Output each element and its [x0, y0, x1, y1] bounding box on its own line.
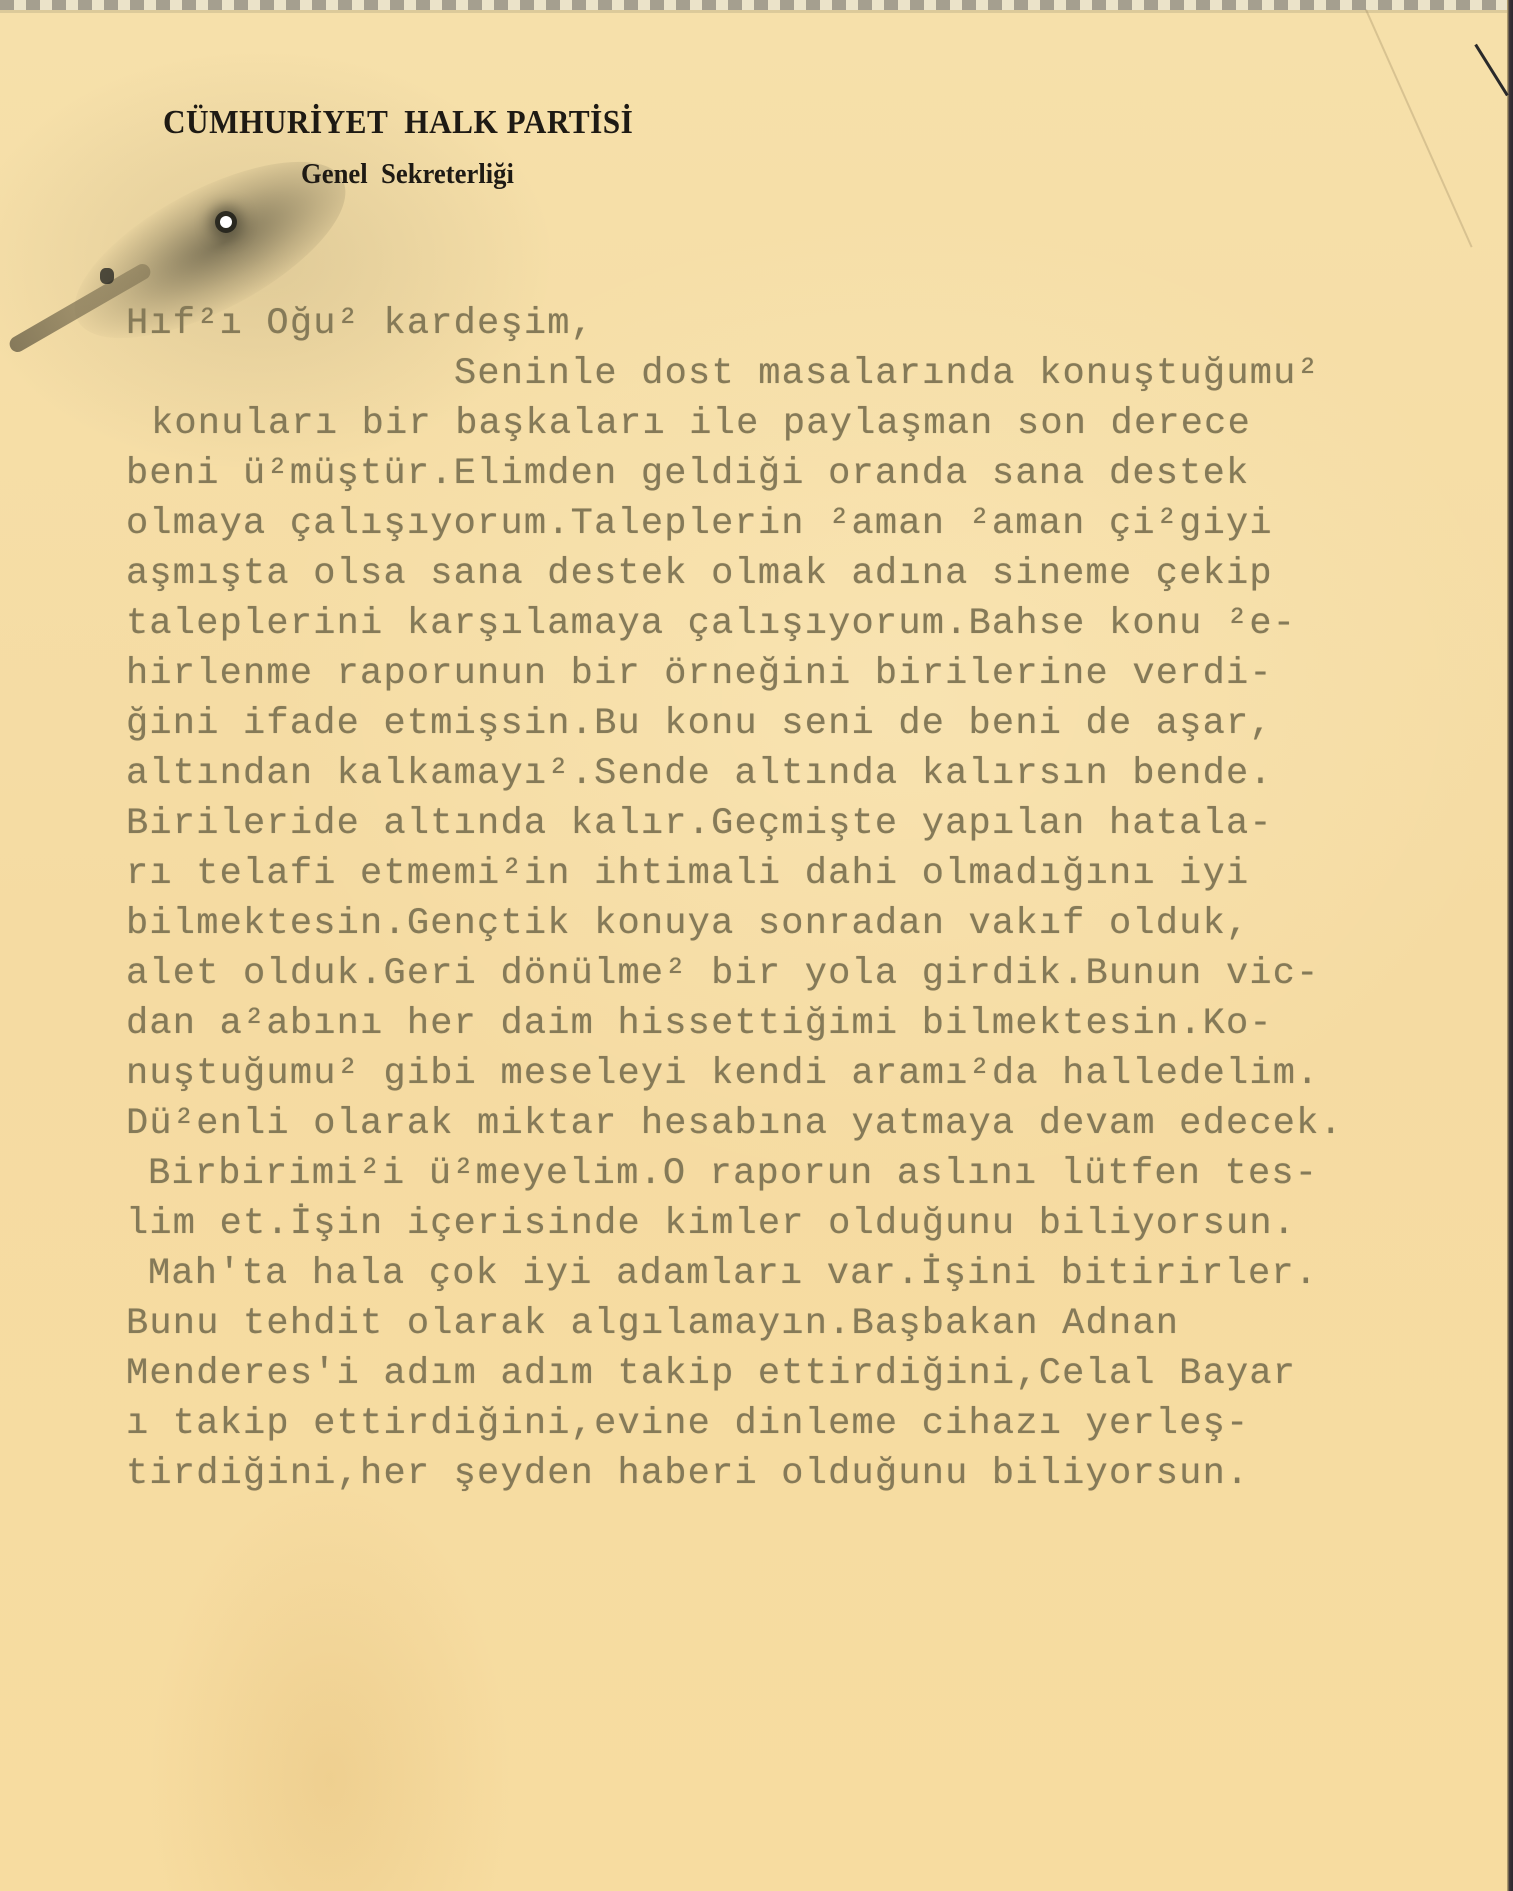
letter-line: lim et.İşin içerisinde kimler olduğunu b…: [126, 1202, 1296, 1246]
letter-line: Mah'ta hala çok iyi adamları var.İşini b…: [148, 1252, 1318, 1296]
letter-line: olmaya çalışıyorum.Taleplerin ²aman ²ama…: [126, 502, 1273, 546]
letter-line: rı telafi etmemi²in ihtimali dahi olmadı…: [126, 852, 1249, 896]
letter-line: Menderes'i adım adım takip ettirdiğini,C…: [126, 1352, 1296, 1396]
letter-line: konuları bir başkaları ile paylaşman son…: [151, 402, 1251, 446]
typed-letter-body: Hıf²ı Oğu² kardeşim, Seninle dost masala…: [0, 0, 1513, 1891]
letter-line: Seninle dost masalarında konuştuğumu²: [454, 352, 1320, 396]
letter-line: Dü²enli olarak miktar hesabına yatmaya d…: [126, 1102, 1343, 1146]
salutation: Hıf²ı Oğu² kardeşim,: [126, 302, 594, 346]
letter-line: ğini ifade etmişsin.Bu konu seni de beni…: [126, 702, 1273, 746]
letter-line: Birileride altında kalır.Geçmişte yapıla…: [126, 802, 1273, 846]
letter-page: CÜMHURİYET HALK PARTİSİ Genel Sekreterli…: [0, 0, 1513, 1891]
letter-line: dan a²abını her daim hissettiğimi bilmek…: [126, 1002, 1273, 1046]
letter-line: taleplerini karşılamaya çalışıyorum.Bahs…: [126, 602, 1296, 646]
letter-line: ı takip ettirdiğini,evine dinleme cihazı…: [126, 1402, 1249, 1446]
letter-line: tirdiğini,her şeyden haberi olduğunu bil…: [126, 1452, 1249, 1496]
letter-line: Bunu tehdit olarak algılamayın.Başbakan …: [126, 1302, 1179, 1346]
letter-line: beni ü²müştür.Elimden geldiği oranda san…: [126, 452, 1249, 496]
letter-line: hirlenme raporunun bir örneğini birileri…: [126, 652, 1273, 696]
letter-line: Birbirimi²i ü²meyelim.O raporun aslını l…: [148, 1152, 1318, 1196]
letter-line: nuştuğumu² gibi meseleyi kendi aramı²da …: [126, 1052, 1320, 1096]
letter-line: bilmektesin.Gençtik konuya sonradan vakı…: [126, 902, 1249, 946]
letter-line: aşmışta olsa sana destek olmak adına sin…: [126, 552, 1273, 596]
letter-line: altından kalkamayı².Sende altında kalırs…: [126, 752, 1273, 796]
letter-line: alet olduk.Geri dönülme² bir yola girdik…: [126, 952, 1320, 996]
